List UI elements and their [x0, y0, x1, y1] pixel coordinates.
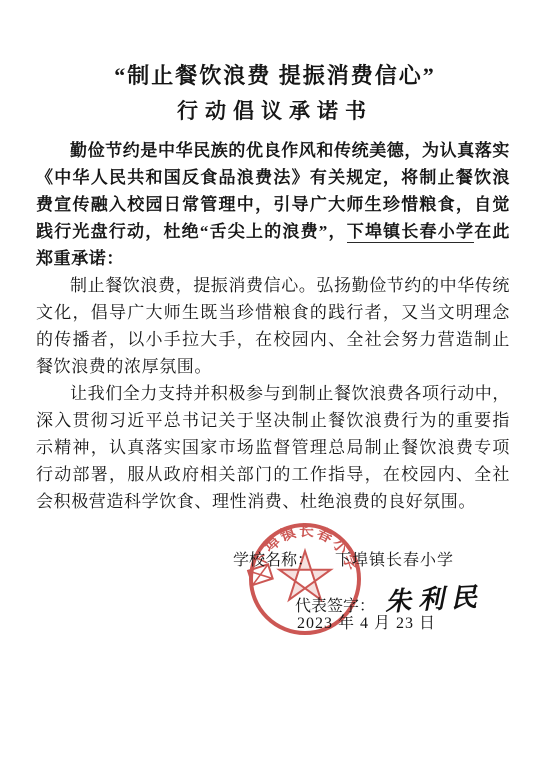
school-seal-stamp: 下埠镇长春小学 [246, 520, 364, 638]
pledge-document-page: “制止餐饮浪费 提振消费信心” 行动倡议承诺书 勤俭节约是中华民族的优良作风和传… [0, 0, 550, 768]
seal-arc-text-holder: 下埠镇长春小学 [251, 521, 362, 574]
seal-box-mark [248, 564, 273, 585]
school-name-value: 下埠镇长春小学 [335, 552, 454, 569]
document-body: 勤俭节约是中华民族的优良作风和传统美德，为认真落实《中华人民共和国反食品浪费法》… [36, 137, 510, 515]
representative-signature-line: 代表签字：朱利民 [295, 582, 484, 619]
handwritten-signature: 朱利民 [384, 576, 485, 618]
school-name-underlined: 下埠镇长春小学 [347, 222, 474, 243]
paragraph-pledge-1: 制止餐饮浪费，提振消费信心。弘扬勤俭节约的中华传统文化，倡导广大师生既当珍惜粮食… [36, 272, 510, 380]
paragraph-pledge-2: 让我们全力支持并积极参与到制止餐饮浪费各项行动中，深入贯彻习近平总书记关于坚决制… [36, 380, 510, 515]
document-title-main: “制止餐饮浪费 提振消费信心” [0, 60, 550, 92]
star-icon [279, 551, 330, 600]
school-name-label: 学校名称： [233, 552, 313, 569]
paragraph-intro: 勤俭节约是中华民族的优良作风和传统美德，为认真落实《中华人民共和国反食品浪费法》… [36, 137, 510, 272]
document-title-sub: 行动倡议承诺书 [0, 96, 550, 126]
signature-label: 代表签字： [295, 598, 375, 615]
document-title-block: “制止餐饮浪费 提振消费信心” 行动倡议承诺书 [0, 0, 550, 126]
seal-ring [251, 525, 359, 633]
seal-arc-text: 下埠镇长春小学 [251, 521, 362, 574]
signature-date: 2023 年 4 月 23 日 [297, 610, 436, 633]
school-name-line: 学校名称：下埠镇长春小学 [233, 547, 454, 570]
